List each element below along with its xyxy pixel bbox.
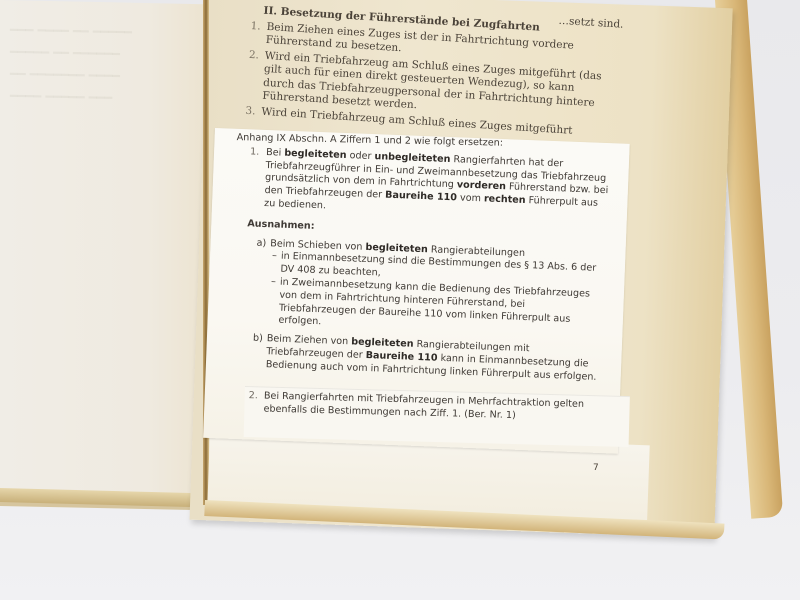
- page-number: 7: [593, 463, 599, 473]
- correction-slip-item-2: 2. Bei Rangierfahrten mit Triebfahrzeuge…: [244, 386, 630, 447]
- printed-text-block: …setzt sind. II. Besetzung der Führerstä…: [245, 4, 611, 140]
- exception-b: b) Beim Ziehen von begleiteten Rangierab…: [252, 333, 603, 385]
- left-page-show-through-text: ━━━ ━━━━ ━━ ━━━━━━━━━━ ━━ ━━━━━━━━ ━━━━━…: [10, 20, 190, 112]
- left-page: ━━━ ━━━━ ━━ ━━━━━━━━━━ ━━ ━━━━━━━━ ━━━━━…: [0, 0, 210, 510]
- slip-item-1: 1. Bei begleiteten oder unbegleiteten Ra…: [248, 146, 610, 224]
- photo-scene: ━━━ ━━━━ ━━ ━━━━━━━━━━ ━━ ━━━━━━━━ ━━━━━…: [0, 0, 800, 600]
- slip-item-1-text: Bei begleiteten oder unbegleiteten Rangi…: [264, 147, 610, 224]
- exception-a: a) Beim Schieben von begleiteten Rangier…: [253, 237, 606, 340]
